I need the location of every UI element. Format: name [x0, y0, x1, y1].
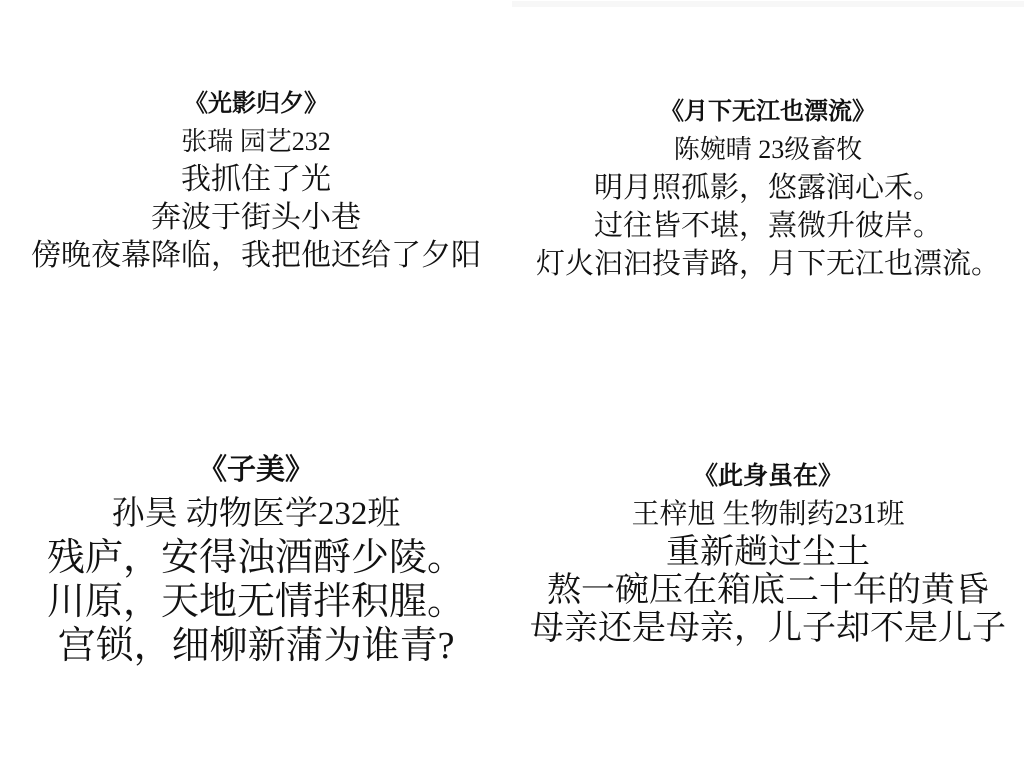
- poem-card-top-left: 《光影归夕》 张瑞 园艺232 我抓住了光 奔波于街头小巷 傍晚夜幕降临，我把他…: [0, 85, 512, 275]
- poem-title: 《光影归夕》: [0, 85, 512, 123]
- photo-top-edge: [512, 1, 1024, 7]
- poem-card-bottom-left: 《子美》 孙昊 动物医学232班 残庐，安得浊酒酹少陵。 川原，天地无情拌积腥。…: [0, 448, 512, 668]
- poem-title: 《子美》: [0, 448, 512, 492]
- poem-title: 《月下无江也漂流》: [512, 93, 1024, 131]
- poem-line: 母亲还是母亲，儿子却不是儿子: [512, 610, 1024, 648]
- poem-line: 川原，天地无情拌积腥。: [0, 580, 512, 624]
- poem-line: 重新趟过尘土: [512, 534, 1024, 572]
- poem-line: 傍晚夜幕降临，我把他还给了夕阳: [0, 237, 512, 275]
- poem-author: 孙昊 动物医学232班: [0, 492, 512, 536]
- poem-line: 明月照孤影，悠露润心禾。: [512, 169, 1024, 207]
- poem-line: 我抓住了光: [0, 161, 512, 199]
- poem-title: 《此身虽在》: [512, 458, 1024, 496]
- poem-card-bottom-right: 《此身虽在》 王梓旭 生物制药231班 重新趟过尘土 熬一碗压在箱底二十年的黄昏…: [512, 458, 1024, 648]
- poem-line: 过往皆不堪，熹微升彼岸。: [512, 207, 1024, 245]
- poem-author: 王梓旭 生物制药231班: [512, 496, 1024, 534]
- poem-line: 熬一碗压在箱底二十年的黄昏: [512, 572, 1024, 610]
- poem-author: 张瑞 园艺232: [0, 123, 512, 161]
- poem-card-top-right: 《月下无江也漂流》 陈婉晴 23级畜牧 明月照孤影，悠露润心禾。 过往皆不堪，熹…: [512, 93, 1024, 283]
- poem-line: 奔波于街头小巷: [0, 199, 512, 237]
- poem-line: 灯火汩汩投青路，月下无江也漂流。: [512, 245, 1024, 283]
- poem-line: 残庐，安得浊酒酹少陵。: [0, 536, 512, 580]
- poem-line: 宫锁，细柳新蒲为谁青?: [0, 624, 512, 668]
- poem-author: 陈婉晴 23级畜牧: [512, 131, 1024, 169]
